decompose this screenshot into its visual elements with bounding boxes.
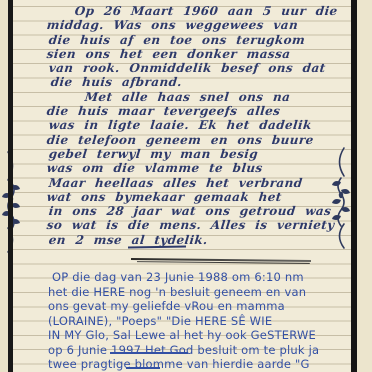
handwriting-line: was om die vlamme te blus — [26, 161, 358, 175]
handwriting-line: so wat is die mens. Alles is verniety — [26, 218, 358, 232]
handwriting-line: Met alle haas snel ons na — [26, 90, 358, 104]
handwriting-line: OP die dag van 23 Junie 1988 om 6:10 nm — [26, 270, 364, 285]
cursive-entry-1960: Op 26 Maart 1960 aan 5 uur diemiddag. Wa… — [26, 4, 356, 247]
handwriting-line: sien ons het een donker massa — [26, 47, 358, 61]
handwriting-line: IN MY Glo, Sal Lewe al het hy ook GeSTER… — [26, 328, 364, 343]
handwriting-line: Maar heellaas alles het verbrand — [26, 176, 358, 190]
handwriting-line: (LORAINE), "Poeps" "Die HERE SÊ WIE — [26, 314, 364, 329]
handwriting-line: middag. Was ons weggewees van — [26, 18, 358, 32]
handwriting-line: Op 26 Maart 1960 aan 5 uur die — [26, 4, 358, 18]
handwriting-line: die huis af en toe ons terugkom — [26, 33, 358, 47]
ruled-paper: Op 26 Maart 1960 aan 5 uur diemiddag. Wa… — [13, 0, 351, 372]
page-frame-line-left — [8, 0, 13, 372]
handwriting-line: op 6 Junie 1997 Het God besluit om te pl… — [26, 343, 364, 358]
scan-edge-right — [357, 0, 372, 372]
hand-drawn-divider — [131, 258, 311, 265]
print-entry-1988: OP die dag van 23 Junie 1988 om 6:10 nmh… — [26, 270, 364, 372]
underline-mark-god — [126, 367, 160, 369]
handwriting-line: gebel terwyl my man besig — [26, 147, 358, 161]
handwriting-line: die telefoon geneem en ons buure — [26, 133, 358, 147]
handwriting-line: en 2 mse al tydelik. — [26, 233, 358, 247]
handwriting-line: wat ons bymekaar gemaak het — [26, 190, 358, 204]
handwriting-line: van rook. Onmiddelik besef ons dat — [26, 61, 358, 75]
handwriting-line: twee pragtige blomme van hierdie aarde "… — [26, 357, 364, 372]
handwriting-line: ons gevat my geliefde vRou en mamma — [26, 299, 364, 314]
underline-mark-sal-lewe — [110, 352, 188, 354]
right-margin-vine-flourish-icon — [328, 146, 352, 250]
scanned-diary-page: Op 26 Maart 1960 aan 5 uur diemiddag. Wa… — [0, 0, 372, 372]
handwriting-line: was in ligte laaie. Ek het dadelik — [26, 118, 358, 132]
handwriting-line: in ons 28 jaar wat ons getroud was — [26, 204, 358, 218]
handwriting-line: die huis maar tevergeefs alles — [26, 104, 358, 118]
handwriting-line: het die HERE nog 'n besluit geneem en va… — [26, 285, 364, 300]
handwriting-line: die huis afbrand. — [26, 75, 358, 89]
